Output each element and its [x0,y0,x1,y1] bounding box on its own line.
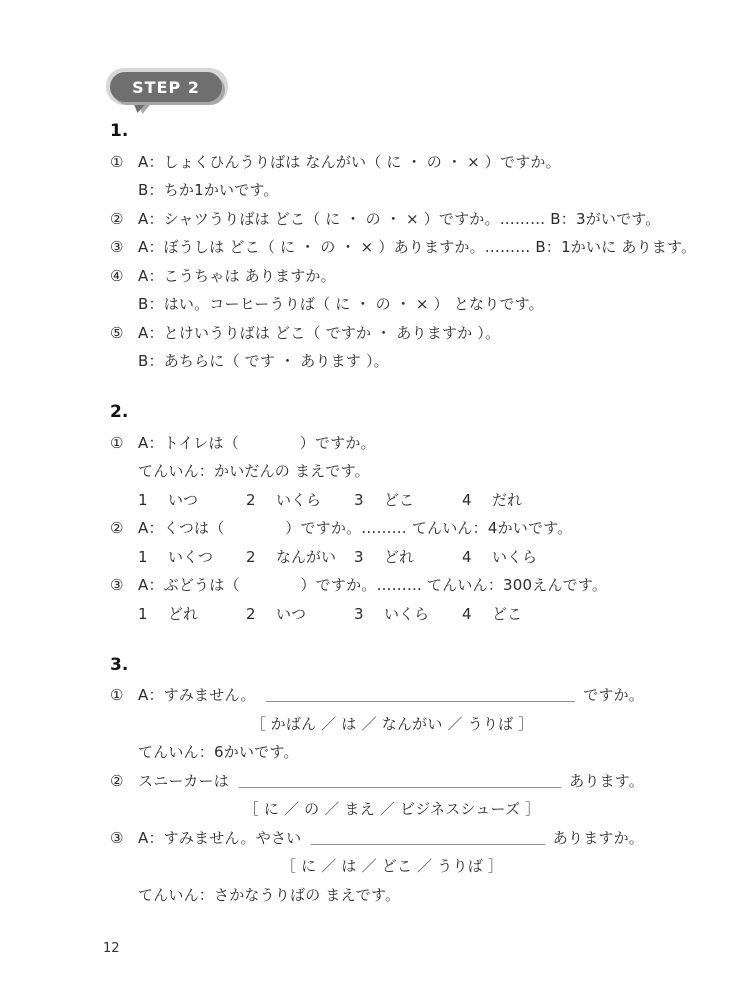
choice-option: 4だれ [462,489,522,511]
choice-label: いつ [276,603,306,625]
answer-blank [239,786,561,788]
item-number: ② [110,770,138,792]
fill-in-line: A：すみません。 ですか。 [138,684,644,706]
step-badge-bubble: STEP 2 [110,72,222,102]
choice-label: どれ [168,603,198,625]
dialogue-line: ですか。 [583,684,644,706]
dialogue-line: ありますか。 [553,827,644,849]
dialogue-line: A：すみません。 [138,684,256,706]
choice-label: いくつ [168,546,213,568]
dialogue-line: A：しょくひんうりばは なんがい（ に ・ の ・ × ）ですか。 [138,151,644,173]
answer-blank [311,843,544,845]
fill-in-line: A：すみません。やさい ありますか。 [138,827,644,849]
choice-option: 3どれ [354,546,462,568]
choice-label: だれ [492,489,522,511]
choice-option: 3どこ [354,489,462,511]
item-number: ③ [110,827,138,849]
page-content: STEP 2 1. ① A：しょくひんうりばは なんがい（ に ・ の ・ × … [110,72,644,906]
section-2-heading: 2. [110,399,644,425]
choice-label: どれ [384,546,414,568]
dialogue-line: A：ぶどうは（ ）ですか。……… てんいん：300えんです。 [138,574,644,596]
choice-number: 1 [138,546,168,568]
choices-row: 1いつ 2いくら 3どこ 4だれ [110,482,644,511]
choice-option: 1いつ [138,489,246,511]
dialogue-line: A：ぼうしは どこ（ に ・ の ・ × ）ありますか。……… B：1かいに あ… [138,236,644,258]
answer-line: てんいん：さかなうりばの まえです。 [138,884,644,906]
exercise-item: てんいん：かいだんの まえです。 [110,454,644,483]
choice-number: 1 [138,489,168,511]
choice-option: 2なんがい [246,546,354,568]
word-bank: ［ に ／ は ／ どこ ／ うりば ］ [281,855,503,877]
choice-number: 3 [354,546,384,568]
item-number: ② [110,208,138,230]
choices: 1いくつ 2なんがい 3どれ 4いくら [138,546,644,568]
section-3-heading: 3. [110,652,644,678]
dialogue-line: B：ちか1かいです。 [138,179,644,201]
exercise-item: ④ A：こうちゃは ありますか。 [110,258,644,287]
item-number: ① [110,684,138,706]
choice-number: 2 [246,489,276,511]
exercise-item: ① A：すみません。 ですか。 [110,678,644,707]
dialogue-line: A：とけいうりばは どこ（ ですか ・ ありますか ）。 [138,322,644,344]
choice-label: いくら [276,489,321,511]
exercise-item: ③ A：ぶどうは（ ）ですか。……… てんいん：300えんです。 [110,568,644,597]
exercise-item: ② A：くつは（ ）ですか。……… てんいん：4かいです。 [110,511,644,540]
item-number: ③ [110,236,138,258]
exercise-item: ③ A：すみません。やさい ありますか。 [110,820,644,849]
item-number: ⑤ [110,322,138,344]
section-1-heading: 1. [110,118,644,144]
choice-option: 1どれ [138,603,246,625]
exercise-item: ① A：しょくひんうりばは なんがい（ に ・ の ・ × ）ですか。 [110,144,644,173]
exercise-item: ⑤ A：とけいうりばは どこ（ ですか ・ ありますか ）。 [110,315,644,344]
choices-row: 1どれ 2いつ 3いくら 4どこ [110,596,644,625]
dialogue-line: A：シャツうりばは どこ（ に ・ の ・ × ）ですか。……… B：3がいです… [138,208,644,230]
dialogue-line: A：くつは（ ）ですか。……… てんいん：4かいです。 [138,517,644,539]
item-number: ① [110,432,138,454]
choice-option: 2いくら [246,489,354,511]
section-1: 1. ① A：しょくひんうりばは なんがい（ に ・ の ・ × ）ですか。 B… [110,118,644,372]
item-number: ③ [110,574,138,596]
step-badge-label: STEP 2 [132,78,200,97]
dialogue-line: あります。 [569,770,644,792]
word-bank-row: ［ に ／ の ／ まえ ／ ビジネスシューズ ］ [110,792,644,821]
choice-label: どこ [384,489,414,511]
item-number: ④ [110,265,138,287]
choice-number: 3 [354,489,384,511]
choice-number: 2 [246,546,276,568]
exercise-item: ② A：シャツうりばは どこ（ に ・ の ・ × ）ですか。……… B：3がい… [110,201,644,230]
choice-label: いくら [384,603,429,625]
dialogue-line: A：すみません。やさい [138,827,301,849]
word-bank-row: ［ に ／ は ／ どこ ／ うりば ］ [110,849,644,878]
dialogue-line: B：あちらに（ です ・ あります ）。 [138,350,644,372]
choices: 1どれ 2いつ 3いくら 4どこ [138,603,644,625]
answer-blank [266,700,575,702]
answer-line: てんいん：かいだんの まえです。 [138,460,644,482]
exercise-item: てんいん：さかなうりばの まえです。 [110,877,644,906]
word-bank: ［ に ／ の ／ まえ ／ ビジネスシューズ ］ [244,798,541,820]
dialogue-line: A：こうちゃは ありますか。 [138,265,644,287]
exercise-item: ① A：トイレは（ ）ですか。 [110,425,644,454]
section-3: 3. ① A：すみません。 ですか。 ［ かばん ／ は ／ なんがい ／ うり… [110,652,644,906]
dialogue-line: B：はい。コーヒーうりば（ に ・ の ・ × ） となりです。 [138,293,644,315]
choices-row: 1いくつ 2なんがい 3どれ 4いくら [110,539,644,568]
choice-number: 3 [354,603,384,625]
exercise-item: B：ちか1かいです。 [110,173,644,202]
choice-label: いくら [492,546,537,568]
choice-number: 4 [462,546,492,568]
choice-label: なんがい [276,546,336,568]
fill-in-line: スニーカーは あります。 [138,770,644,792]
choice-number: 2 [246,603,276,625]
choice-option: 4いくら [462,546,537,568]
choice-number: 4 [462,603,492,625]
exercise-item: B：あちらに（ です ・ あります ）。 [110,344,644,373]
page-number: 12 [103,941,120,956]
item-number: ① [110,151,138,173]
choice-label: いつ [168,489,198,511]
choice-option: 4どこ [462,603,522,625]
choices: 1いつ 2いくら 3どこ 4だれ [138,489,644,511]
choice-number: 4 [462,489,492,511]
exercise-item: ③ A：ぼうしは どこ（ に ・ の ・ × ）ありますか。……… B：1かいに… [110,230,644,259]
choice-option: 1いくつ [138,546,246,568]
dialogue-line: A：トイレは（ ）ですか。 [138,432,644,454]
dialogue-line: スニーカーは [138,770,229,792]
exercise-item: ② スニーカーは あります。 [110,763,644,792]
answer-line: てんいん：6かいです。 [138,741,644,763]
section-2: 2. ① A：トイレは（ ）ですか。 てんいん：かいだんの まえです。 1いつ … [110,399,644,625]
item-number: ② [110,517,138,539]
exercise-item: てんいん：6かいです。 [110,735,644,764]
choice-number: 1 [138,603,168,625]
word-bank-row: ［ かばん ／ は ／ なんがい ／ うりば ］ [110,706,644,735]
step-badge: STEP 2 [110,72,222,102]
choice-label: どこ [492,603,522,625]
choice-option: 3いくら [354,603,462,625]
word-bank: ［ かばん ／ は ／ なんがい ／ うりば ］ [251,713,534,735]
choice-option: 2いつ [246,603,354,625]
exercise-item: B：はい。コーヒーうりば（ に ・ の ・ × ） となりです。 [110,287,644,316]
